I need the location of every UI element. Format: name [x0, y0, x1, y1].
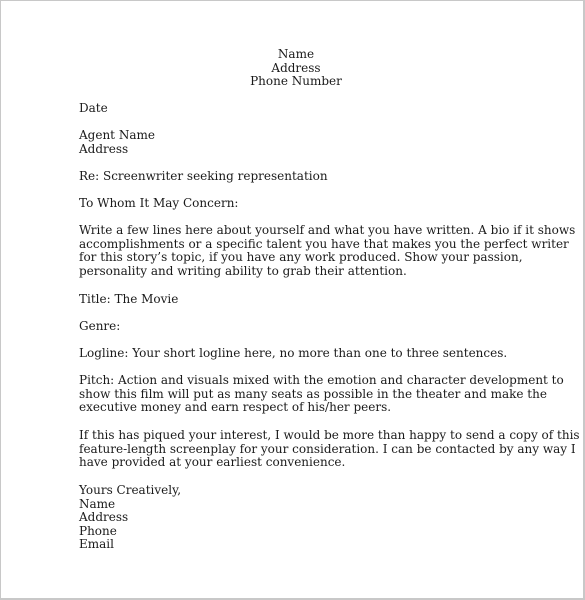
agent-address: Address — [79, 143, 155, 157]
sender-phone: Phone Number — [1, 75, 585, 89]
title-line: Title: The Movie — [79, 293, 178, 307]
signature-email: Email — [79, 538, 181, 552]
letter-page: Name Address Phone Number Date Agent Nam… — [0, 0, 585, 600]
sender-header: Name Address Phone Number — [1, 48, 585, 89]
intro-line: personality and writing ability to grab … — [79, 265, 575, 279]
closing-salutation: Yours Creatively, — [79, 484, 181, 498]
intro-line: for this story’s topic, if you have any … — [79, 251, 575, 265]
closing-line: If this has piqued your interest, I woul… — [79, 429, 580, 443]
recipient-block: Agent Name Address — [79, 129, 155, 156]
intro-line: accomplishments or a specific talent you… — [79, 238, 575, 252]
signature-block: Yours Creatively, Name Address Phone Ema… — [79, 484, 181, 552]
genre-line: Genre: — [79, 320, 120, 334]
pitch-line: executive money and earn respect of his/… — [79, 401, 564, 415]
signature-name: Name — [79, 498, 181, 512]
intro-line: Write a few lines here about yourself an… — [79, 224, 575, 238]
closing-line: have provided at your earliest convenien… — [79, 456, 580, 470]
pitch-paragraph: Pitch: Action and visuals mixed with the… — [79, 374, 564, 415]
signature-phone: Phone — [79, 525, 181, 539]
pitch-line: Pitch: Action and visuals mixed with the… — [79, 374, 564, 388]
sender-name: Name — [1, 48, 585, 62]
date: Date — [79, 102, 108, 116]
logline: Logline: Your short logline here, no mor… — [79, 347, 507, 361]
re-line: Re: Screenwriter seeking representation — [79, 170, 328, 184]
closing-paragraph: If this has piqued your interest, I woul… — [79, 429, 580, 470]
sender-address: Address — [1, 62, 585, 76]
intro-paragraph: Write a few lines here about yourself an… — [79, 224, 575, 278]
pitch-line: show this film will put as many seats as… — [79, 388, 564, 402]
signature-address: Address — [79, 511, 181, 525]
closing-line: feature-length screenplay for your consi… — [79, 443, 580, 457]
agent-name: Agent Name — [79, 129, 155, 143]
salutation: To Whom It May Concern: — [79, 197, 238, 211]
